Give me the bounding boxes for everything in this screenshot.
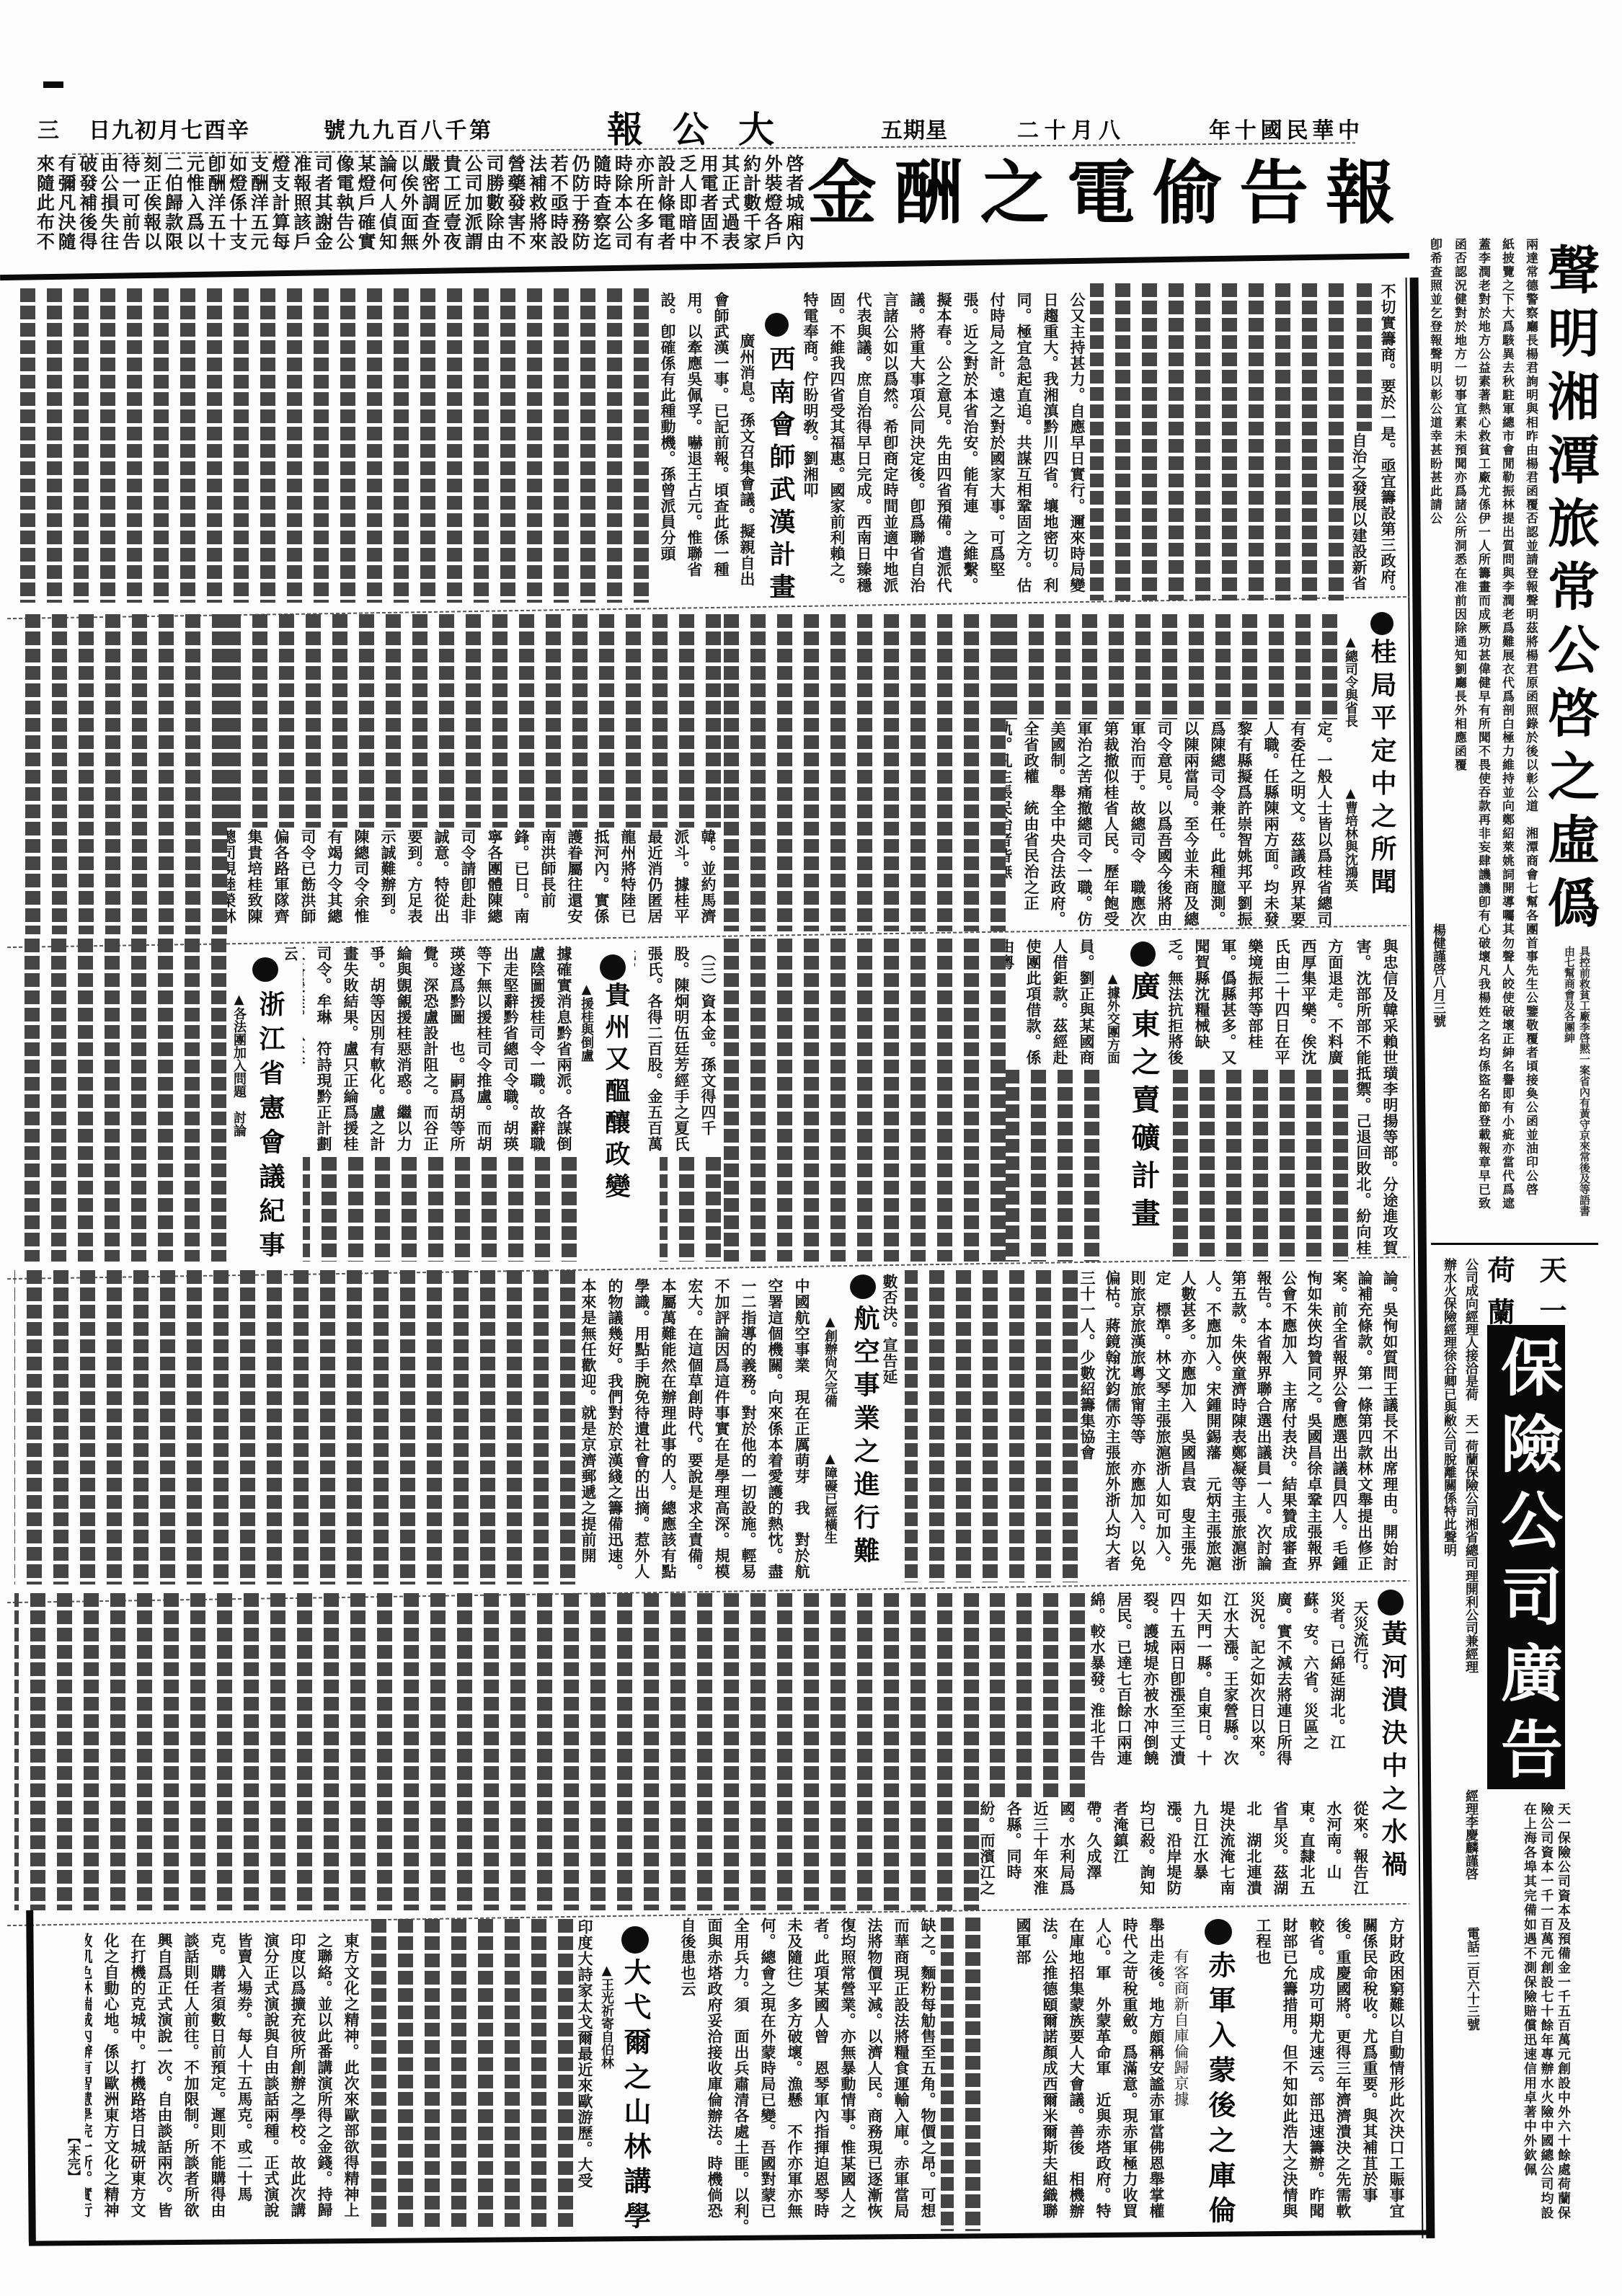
article-lead: 天災流行。洪水橫溢。 bbox=[1353, 1600, 1373, 1683]
subheadline: ▲王光祈寄自伯林 bbox=[598, 1963, 616, 2078]
article-body: 定。一般人士皆以爲桂省總司有委任之明文。茲議政界某要人職。任縣陳兩方面。均未發黎… bbox=[1006, 721, 1337, 930]
weekday: 星期五 bbox=[881, 117, 947, 146]
bullet-icon bbox=[1130, 941, 1156, 967]
illegible-text-columns bbox=[227, 614, 721, 828]
illegible-text-columns bbox=[1345, 283, 1372, 431]
subheadline: ▲障礙已經橫生 bbox=[820, 1451, 839, 1552]
article-body: 缺之。麵粉每觔售至五角。物價之昂。可想而華商現正設法將糧食運輸入庫。赤軍當局法將… bbox=[652, 1918, 941, 2231]
headline: 西南會師武漢計畫 bbox=[763, 345, 796, 599]
bullet-icon bbox=[600, 954, 626, 980]
article-body: 印度大詩家太戈爾最近來歐游歷。大受 bbox=[573, 1919, 598, 2230]
headline: 浙江省憲會議紀事 bbox=[252, 990, 285, 1257]
illegible-text-columns bbox=[721, 614, 1006, 931]
article-lead: 具控前救貧工廠李啓黙一案省內有黃守京來常後及等語書由七幫商會及各團紳 bbox=[1544, 946, 1592, 1220]
bullet-icon bbox=[765, 313, 789, 337]
article-body: 方面退走。不料廣西厚集平樂。俟沈氏由二十四日在平樂境振邦等部桂軍。僞縣甚多。又聞… bbox=[1168, 939, 1348, 1068]
right-column-border bbox=[1406, 278, 1437, 2238]
ad-manager-signature: 經理李慶麟謹啓 bbox=[1461, 1789, 1480, 1894]
illegible-text-columns bbox=[721, 939, 1006, 1262]
headline: 航空事業之進行難 bbox=[846, 1305, 880, 1563]
headline: 聲明湘潭旅常公啓之虛僞 bbox=[1543, 243, 1600, 928]
ad-body: 天一保險公司資本及預備金一千五百萬元創設中外六十餘處荷蘭保險公司資本一千一百萬元… bbox=[1484, 1802, 1572, 2231]
illegible-text-columns bbox=[1168, 1070, 1348, 1262]
article-body: 舉出走後。地方頗稱安謐赤軍當佛恩舉掌權時代之苛稅重斂。爲滿意。現赤軍極力收買人心… bbox=[980, 1918, 1169, 2231]
subheadline: ▲創辦尙欠完備 bbox=[820, 1314, 839, 1415]
republic-year: 中華民國十年 bbox=[1209, 117, 1360, 146]
article-body: 東方文化之精神。此次來歐部欲得精神上之聯絡。並以此番講演所得之金錢。持歸印度以爲… bbox=[85, 1933, 364, 2231]
article-body: 啓者城廂內外裝燈各戶約計數千家其正式過表用電者固不乏人即暗中設計條電者亦所在多有… bbox=[6, 154, 805, 268]
bullet-icon bbox=[1378, 1590, 1404, 1615]
lunar-date: 辛酉七月初九日 bbox=[89, 117, 249, 146]
article-body: 公又主持甚力。自應早日實行。邇來時局變日趨重大。我湘滇黔川四省。壤地密切。利同。… bbox=[792, 292, 1090, 602]
newspaper-page: 三 辛酉七月初九日 第千八百九九號 大公報 星期五 八月十二號 中華民國十年 啓… bbox=[0, 0, 1622, 2296]
ad-phone: 電話二百六十三號 bbox=[1463, 1927, 1481, 2049]
illegible-text-columns bbox=[14, 614, 227, 934]
article-body: 從來。報告江水河南。山東。直隸北五省旱災。茲湖北 湖北連潰堤決流淹七南九日江水暴… bbox=[980, 1801, 1373, 1910]
ad-origin: 荷蘭 bbox=[1481, 1256, 1515, 1325]
page-number: 三 bbox=[36, 117, 59, 146]
illegible-text-columns bbox=[364, 1919, 573, 2230]
illegible-text-columns bbox=[980, 1593, 1085, 1798]
ad-top-rule bbox=[1431, 1243, 1598, 1245]
bullet-icon bbox=[1205, 1919, 1232, 1945]
page-left-border bbox=[26, 1910, 36, 2242]
article-body: 災者。已綿延湖北。江蘇。安。六省。災區之廣。實不減去將連日所得災況。記之如次日以… bbox=[1085, 1592, 1350, 1772]
article-body: 員。劉正與某國商人借鉅款。茲經赴使團此項借款。係由粵 bbox=[1006, 939, 1099, 1068]
illegible-text-columns bbox=[1006, 614, 1337, 719]
ad-notice-column: 公司成向經理人接洽是荷 天一荷蘭保險公司湘省總司理開利公司兼經理 bbox=[1461, 1258, 1480, 1773]
article-lead: 廣州消息。孫文召集會議。擬親自出 bbox=[735, 333, 760, 601]
ad-title-box: 保險公司廣告 bbox=[1487, 1325, 1565, 1789]
subheadline: ▲援桂與倒盧 bbox=[577, 982, 595, 1076]
article-body: 據確實消息黔省兩派。各謀倒盧陰圖援桂司令一職。故辭職出走堅辭黔省總司令職。胡瑛等… bbox=[303, 946, 577, 1155]
article-body: 中國航空事業 現在正厲萌芽 我 對於航空署這個機關。向來係本着愛護的熱忱。盡一二… bbox=[577, 1278, 815, 1584]
issue-number: 第千八百九九號 bbox=[324, 117, 491, 146]
article-body: 自治之發展以建設新省政 bbox=[1345, 433, 1372, 600]
article-body: 與忠信及韓采賴世璜李明揚等部。分途進攻賀害。沈部所部不能抵禦。己退回敗北。紛向桂… bbox=[1348, 939, 1403, 1259]
article-body: 方財政困窮難以自動情形此次決口工賑事宜關係民命稅收。尤爲重要。與其補苴於事後。重… bbox=[1238, 1918, 1409, 2231]
signature: 楊健謹啓八月三號 bbox=[1426, 923, 1448, 1047]
illegible-text-columns bbox=[14, 1270, 575, 1584]
headline: 貴州又醞釀政變 bbox=[598, 982, 631, 1198]
ad-notice-column: 辦水火保險經理徐谷卿已與敝公司脫離關係特此聲明 bbox=[1440, 1258, 1458, 1773]
illegible-text-columns bbox=[1006, 1070, 1099, 1262]
headline: 桂局平定中之所聞 bbox=[1362, 638, 1397, 894]
headline: 赤軍入蒙後之庫倫 bbox=[1202, 1951, 1236, 2223]
bullet-icon bbox=[621, 1926, 649, 1954]
subheadline: ▲總司令與省長 bbox=[1341, 634, 1360, 750]
article-closing: 卽希查照並乞登報聲明以彰公道幸甚盼甚此請公安 bbox=[1424, 238, 1446, 526]
article-tail: 云 bbox=[285, 946, 303, 966]
article-lead: 有客商新自庫倫歸京據 bbox=[1174, 1949, 1194, 2136]
illegible-text-columns bbox=[303, 1157, 577, 1262]
article-body: （三）資本金。孫文得四千股。陳炯明伍廷芳經手之夏氏張氏。各得二百股。金五百萬元。 bbox=[634, 946, 721, 1155]
illegible-text-columns bbox=[660, 1157, 721, 1262]
headline: 黃河潰決中之水禍 bbox=[1373, 1620, 1408, 1876]
illegible-text-columns bbox=[1090, 283, 1344, 600]
bullet-icon bbox=[850, 1275, 876, 1299]
article-body: 韓。並約馬濟派斗。據桂平最近消仍匿居龍州將特陸已抵河內。實係護眷屬往還安南洪師長… bbox=[227, 829, 721, 934]
printer-mark bbox=[43, 81, 63, 88]
page-bottom-rule bbox=[29, 2230, 1435, 2246]
article-ending: 數否決。宣告延會。 bbox=[881, 1274, 903, 1404]
article-body: 論。吳恂如質問王議長不出席理由。開始討論補充條款。第一條第四款林文舉提出修正案。… bbox=[1078, 1270, 1402, 1582]
masthead-title: 大公報 bbox=[607, 110, 774, 149]
bullet-icon bbox=[1370, 612, 1393, 635]
bullet-icon bbox=[252, 957, 278, 982]
illegible-text-columns bbox=[14, 288, 649, 603]
to-be-continued-mark: 【未完】 bbox=[62, 2131, 82, 2181]
headline: 報告偷電之酬金 bbox=[807, 156, 1395, 231]
issue-date: 八月十二號 bbox=[1017, 117, 1120, 146]
article-body: 兩達常德警察廳長楊君詢明與相昨由楊君函覆否認並請登報聲明茲將楊君原函照錄於後以彰… bbox=[1445, 238, 1542, 1220]
illegible-text-columns bbox=[941, 1918, 980, 2231]
headline: 大弋爾之山林講學 bbox=[617, 1958, 652, 2229]
headline: 廣東之賣礦計畫 bbox=[1126, 971, 1161, 1227]
article-body: 會師武漢一事。已記前報。頃查此係一種用。以牽應吳佩孚。嚇退王占元。惟聯省設。卽確… bbox=[650, 292, 734, 602]
subheadline: ▲據外交團方面 bbox=[1103, 971, 1122, 1072]
subheadline: ▲曹培林與沈鴻英 bbox=[1341, 786, 1360, 907]
ad-brand: 天一 bbox=[1533, 1256, 1567, 1324]
illegible-text-columns bbox=[14, 939, 226, 1262]
article-body: 不切實籌商。要於一是。亟宜籌設第三政府。以 bbox=[1372, 283, 1401, 600]
illegible-text-columns bbox=[14, 1593, 979, 1910]
subheadline: ▲各法團加入問題 討論 bbox=[229, 992, 248, 1230]
illegible-text-columns bbox=[905, 1270, 1078, 1582]
